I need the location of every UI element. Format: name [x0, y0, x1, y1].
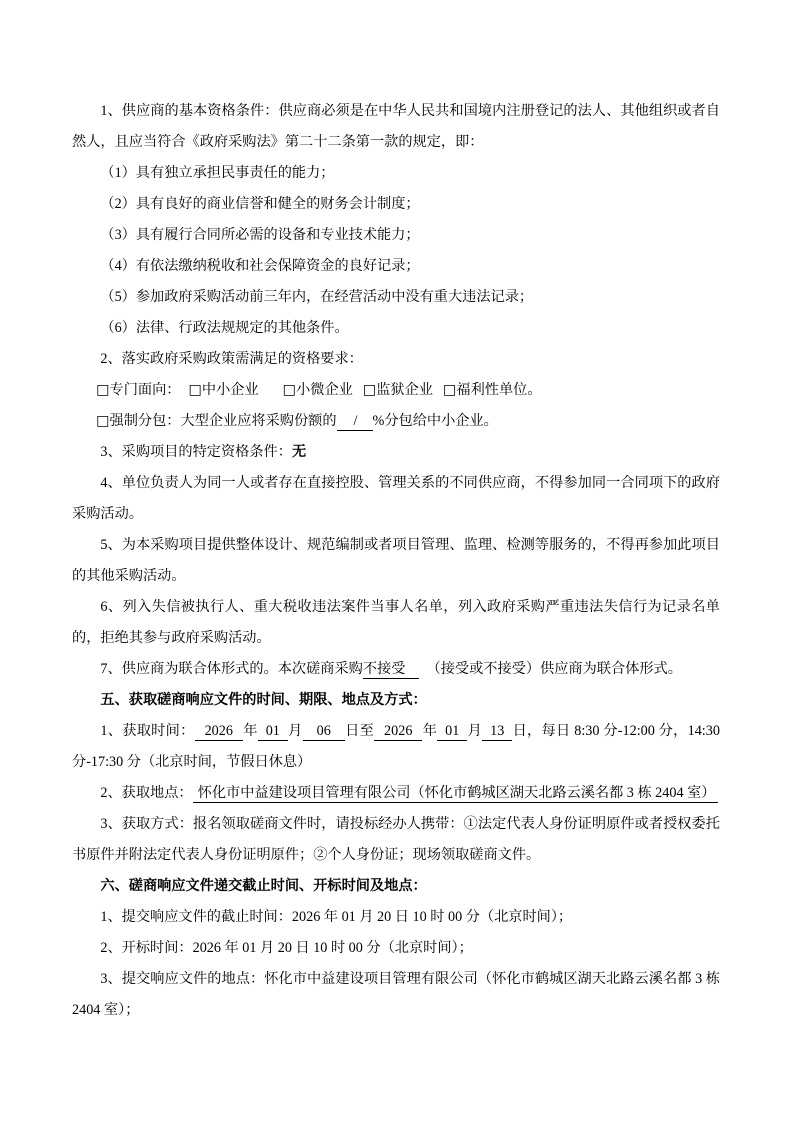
- option-prison-label: 监狱企业: [376, 382, 433, 398]
- para-dishonesty-restriction: 6、列入失信被执行人、重大税收违法案件当事人名单，列入政府采购严重违法失信行为记…: [72, 592, 720, 654]
- from-month-field: 01: [258, 723, 288, 741]
- checkbox-icon: □: [443, 382, 456, 398]
- from-year-field: 2026: [195, 723, 243, 741]
- specific-qualification-label: 3、采购项目的特定资格条件：: [100, 444, 292, 460]
- para-specific-qualification: 3、采购项目的特定资格条件：无: [72, 437, 720, 468]
- percentage-blank-field: /: [337, 413, 373, 431]
- document-page: 1、供应商的基本资格条件：供应商必须是在中华人民共和国境内注册登记的法人、其他组…: [0, 0, 793, 1122]
- option-welfare-label: 福利性单位。: [456, 382, 541, 398]
- month-unit: 月: [467, 723, 482, 739]
- acquire-location-value: 怀化市中益建设项目管理有限公司（怀化市鹤城区湖天北路云溪名都 3 栋 2404 …: [193, 785, 719, 803]
- checkbox-icon: □: [96, 413, 109, 429]
- para-submit-deadline: 1、提交响应文件的截止时间：2026 年 01 月 20 日 10 时 00 分…: [72, 902, 720, 933]
- qualification-item-2: （2）具有良好的商业信誉和健全的财务会计制度；: [72, 189, 720, 220]
- qualification-item-6: （6）法律、行政法规规定的其他条件。: [72, 313, 720, 344]
- para-policy-requirements: 2、落实政府采购政策需满足的资格要求：: [72, 344, 720, 375]
- qualification-item-4: （4）有依法缴纳税收和社会保障资金的良好记录；: [72, 251, 720, 282]
- qualification-item-3: （3）具有履行合同所必需的设备和专业技术能力；: [72, 220, 720, 251]
- year-unit: 年: [243, 723, 258, 739]
- para-acquire-time: 1、获取时间：2026年01月06日至2026年01月13日，每日 8:30 分…: [72, 716, 720, 778]
- subcontract-text-tail: %分包给中小企业。: [373, 413, 498, 429]
- document-content: 1、供应商的基本资格条件：供应商必须是在中华人民共和国境内注册登记的法人、其他组…: [72, 96, 720, 1026]
- to-word: 日至: [345, 723, 374, 739]
- qualification-item-5: （5）参加政府采购活动前三年内，在经营活动中没有重大违法记录；: [72, 282, 720, 313]
- specific-qualification-value: 无: [292, 444, 306, 460]
- para-consortium: 7、供应商为联合体形式的。本次磋商采购不接受 （接受或不接受）供应商为联合体形式…: [72, 654, 720, 685]
- to-day-field: 13: [482, 723, 512, 741]
- para-acquire-method: 3、获取方式：报名领取磋商文件时，请投标经办人携带：①法定代表人身份证明原件或者…: [72, 809, 720, 871]
- checkbox-icon: □: [188, 382, 201, 398]
- qualification-item-1: （1）具有独立承担民事责任的能力；: [72, 158, 720, 189]
- checkbox-icon: □: [283, 382, 296, 398]
- consortium-text-tail: （接受或不接受）供应商为联合体形式。: [419, 661, 681, 677]
- consortium-answer: 不接受: [363, 661, 420, 679]
- to-year-field: 2026: [374, 723, 422, 741]
- para-bid-opening-time: 2、开标时间：2026 年 01 月 20 日 10 时 00 分（北京时间）；: [72, 933, 720, 964]
- para-targeted-checkboxes: □专门面向：□中小企业□小微企业□监狱企业□福利性单位。: [72, 375, 720, 406]
- acquire-time-label: 1、获取时间：: [100, 723, 194, 739]
- para-service-provider-restriction: 5、为本采购项目提供整体设计、规范编制或者项目管理、监理、检测等服务的，不得再参…: [72, 530, 720, 592]
- acquire-location-label: 2、获取地点：: [100, 785, 192, 801]
- para-acquire-location: 2、获取地点：怀化市中益建设项目管理有限公司（怀化市鹤城区湖天北路云溪名都 3 …: [72, 778, 720, 809]
- para-same-leader-restriction: 4、单位负责人为同一人或者存在直接控股、管理关系的不同供应商，不得参加同一合同项…: [72, 468, 720, 530]
- option-micro-label: 小微企业: [296, 382, 353, 398]
- targeted-label: 专门面向：: [110, 382, 181, 398]
- consortium-text: 7、供应商为联合体形式的。本次磋商采购: [100, 661, 362, 677]
- heading-section-5: 五、获取磋商响应文件的时间、期限、地点及方式：: [72, 685, 720, 716]
- option-sme-label: 中小企业: [202, 382, 259, 398]
- to-month-field: 01: [437, 723, 467, 741]
- checkbox-icon: □: [96, 382, 109, 398]
- para-subcontract-checkbox: □强制分包：大型企业应将采购份额的/%分包给中小企业。: [72, 406, 720, 437]
- subcontract-text: 强制分包：大型企业应将采购份额的: [110, 413, 337, 429]
- para-submit-location: 3、提交响应文件的地点：怀化市中益建设项目管理有限公司（怀化市鹤城区湖天北路云溪…: [72, 964, 720, 1026]
- month-unit: 月: [288, 723, 303, 739]
- heading-section-6: 六、磋商响应文件递交截止时间、开标时间及地点：: [72, 871, 720, 902]
- checkbox-icon: □: [363, 382, 376, 398]
- year-unit: 年: [422, 723, 437, 739]
- from-day-field: 06: [303, 723, 345, 741]
- para-basic-qualification: 1、供应商的基本资格条件：供应商必须是在中华人民共和国境内注册登记的法人、其他组…: [72, 96, 720, 158]
